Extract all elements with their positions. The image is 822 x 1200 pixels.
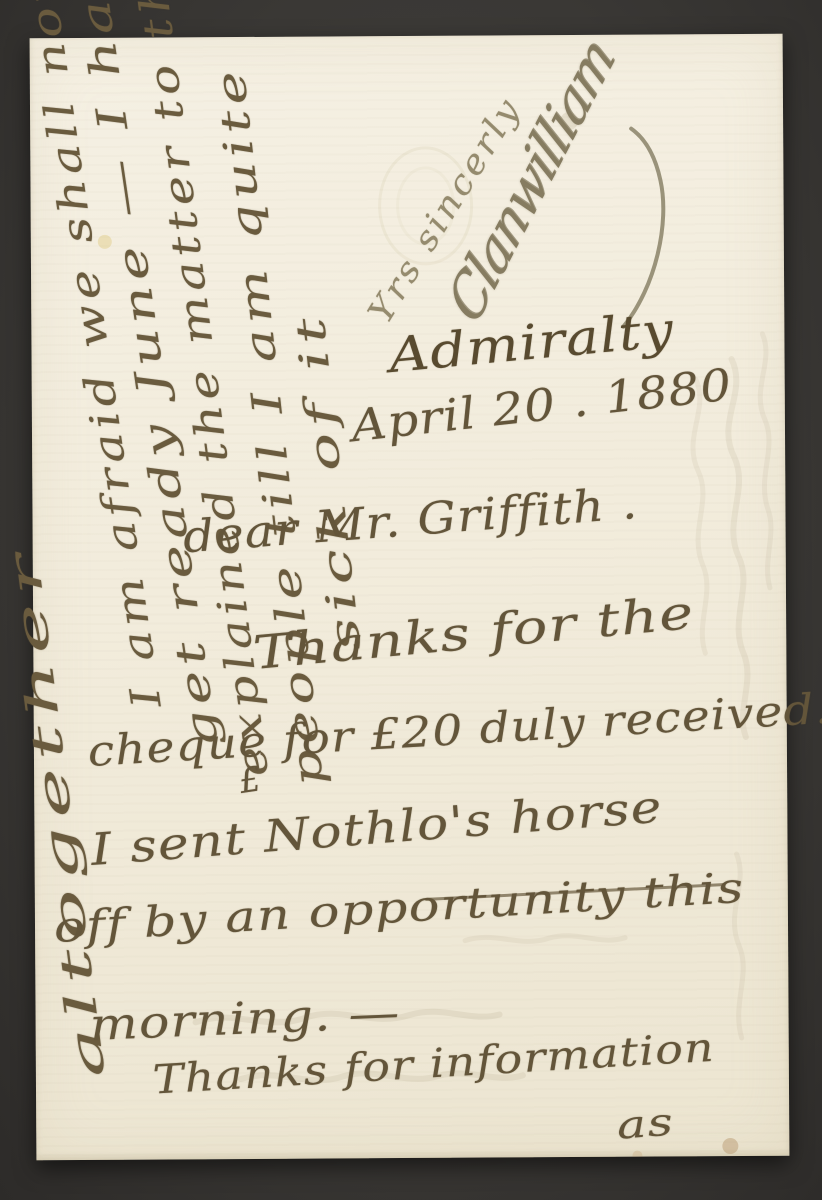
- body-line: morning. —: [89, 990, 401, 1049]
- salutation: dear Mr. Griffith .: [181, 481, 639, 562]
- currency-correction-mark: £: [237, 762, 265, 801]
- catchword: as: [615, 1102, 675, 1146]
- body-line: Thanks for the: [251, 588, 696, 677]
- body-line: I sent Nothlo's horse: [89, 785, 664, 875]
- photo-background: I am afraid we shall not get ready June …: [0, 0, 822, 1200]
- signature-paraph-flourish: [622, 128, 664, 326]
- letter-page: I am afraid we shall not get ready June …: [30, 34, 790, 1161]
- body-line: off by an opportunity this: [53, 866, 746, 950]
